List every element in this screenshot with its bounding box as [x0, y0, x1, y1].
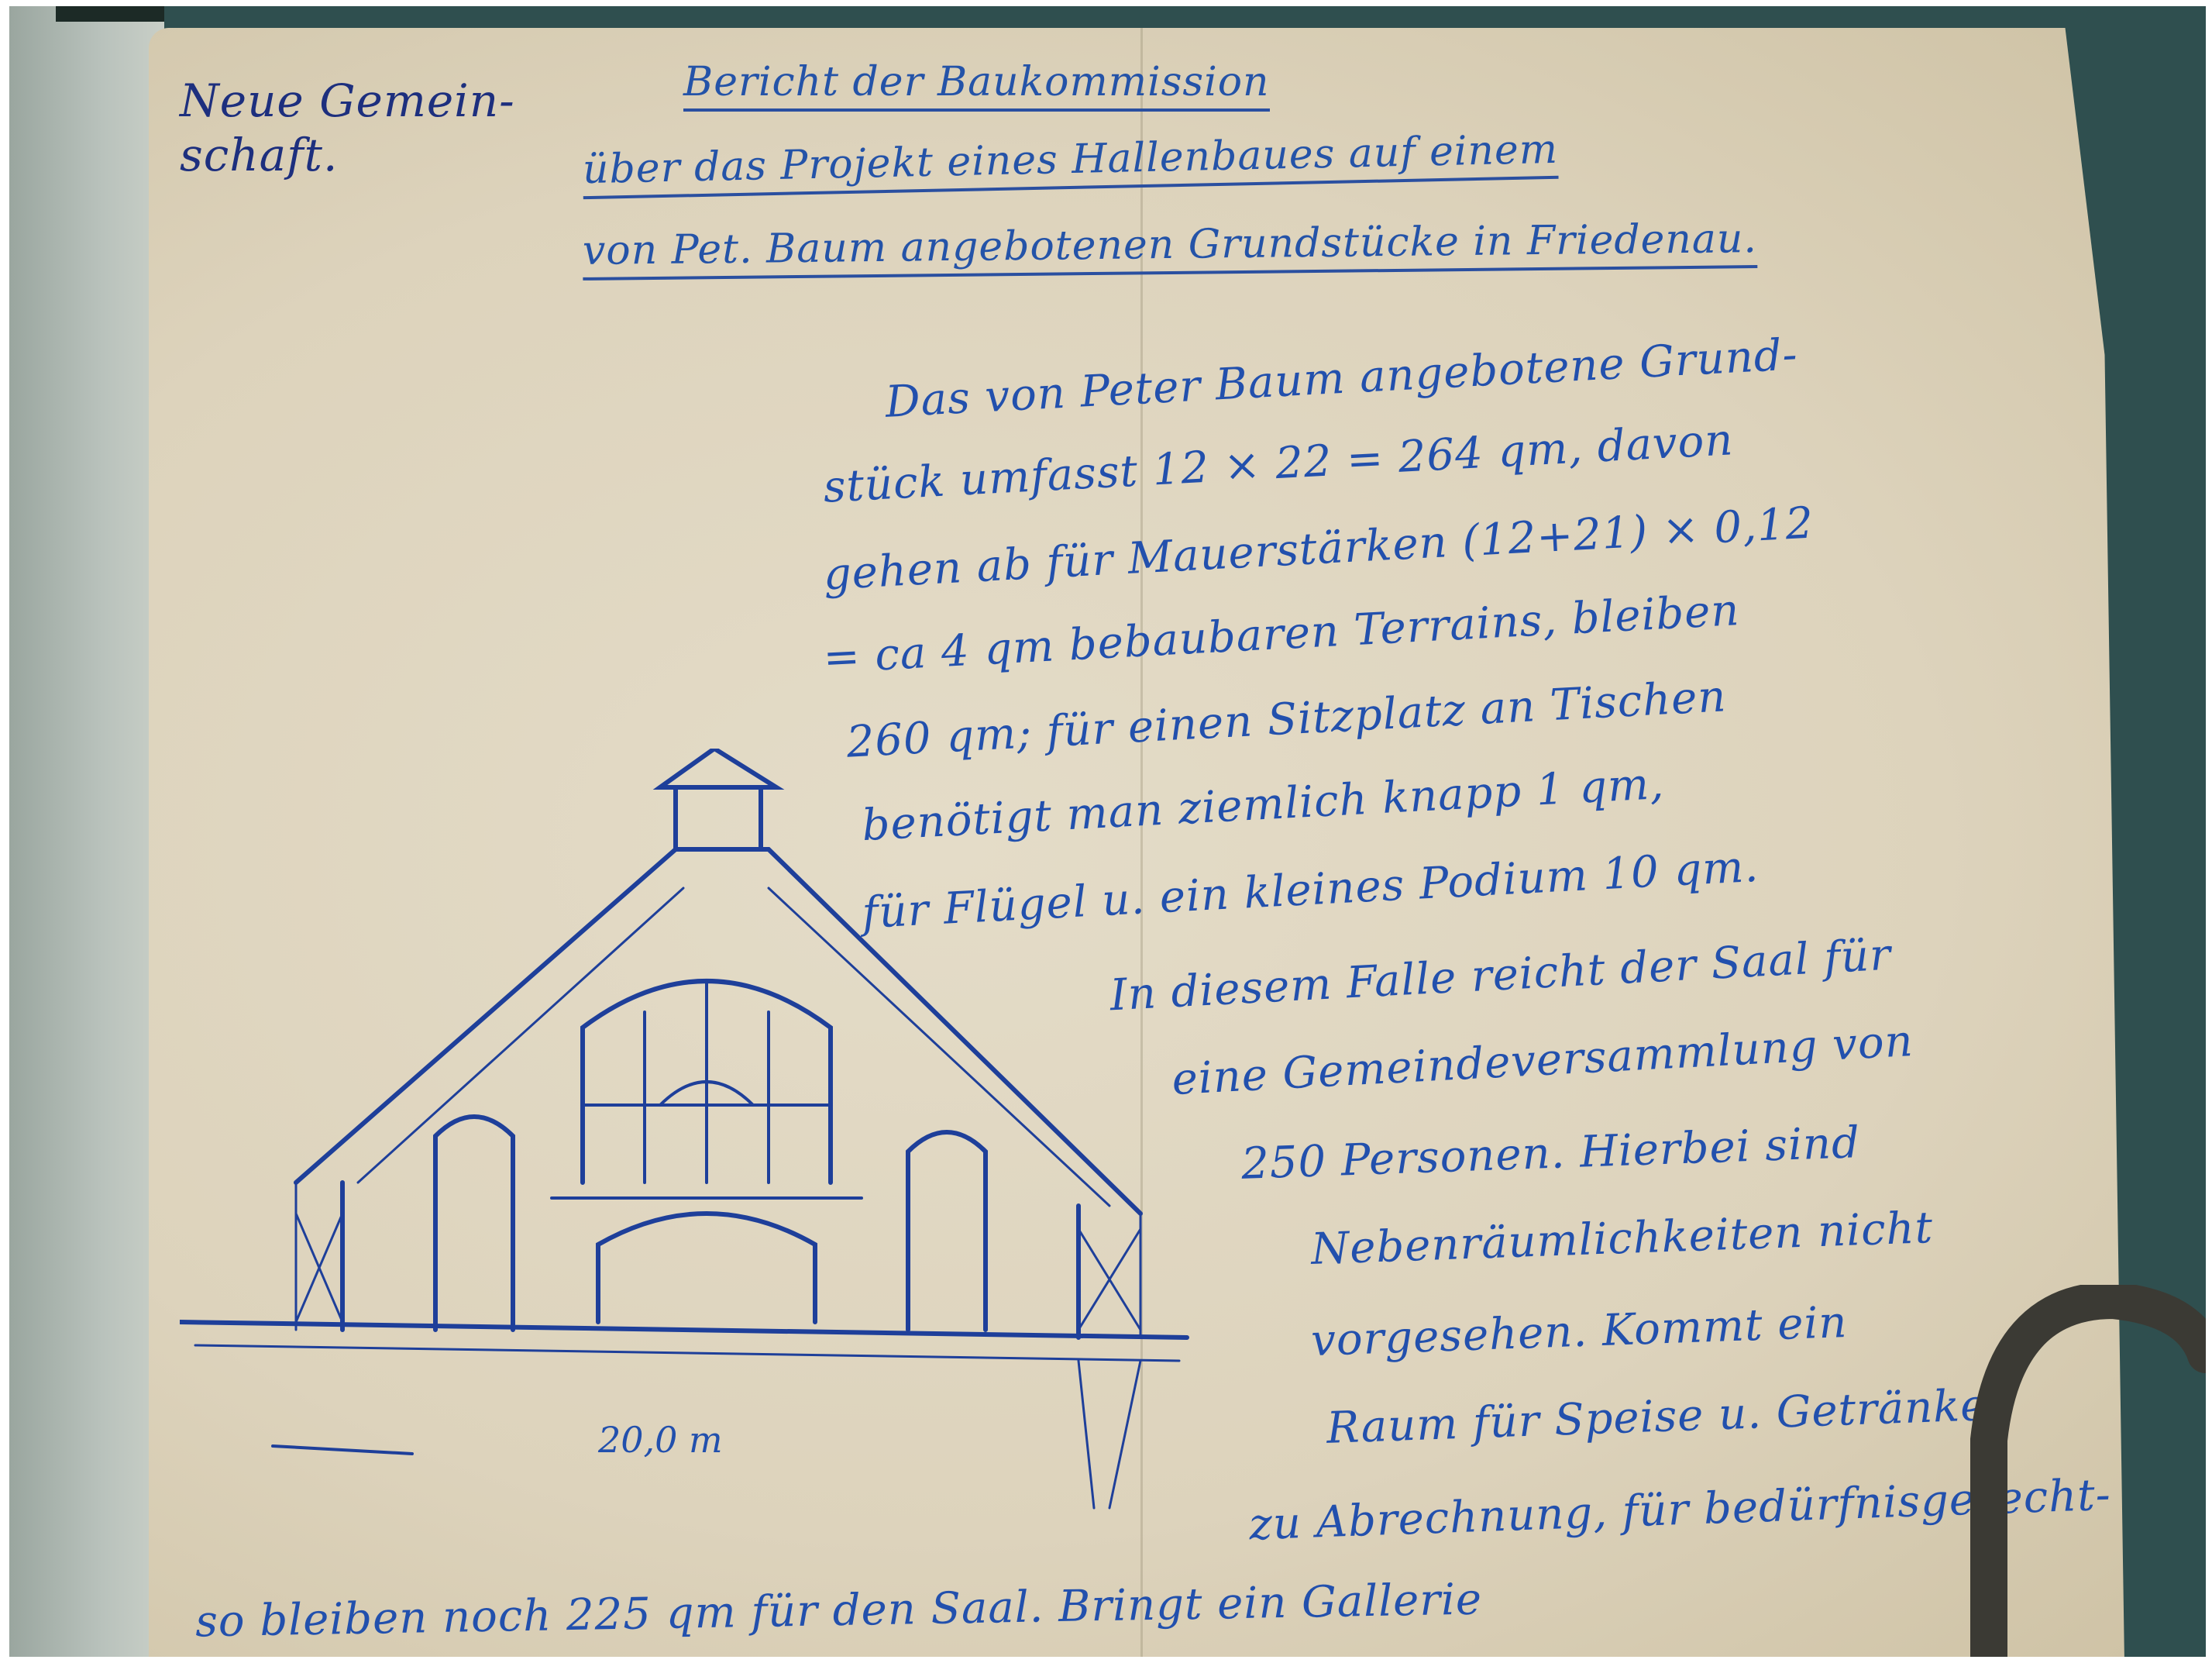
- body-line: Nebenräumlichkeiten nicht: [1310, 1203, 1934, 1275]
- letter-sheet: Neue Gemein- schaft. Bericht der Baukomm…: [149, 28, 2124, 1657]
- body-line: so bleiben noch 225 qm für den Saal. Bri…: [195, 1575, 1483, 1648]
- margin-note-line1: Neue Gemein-: [180, 74, 515, 129]
- binding-shadow: [56, 6, 164, 22]
- body-line: vorgesehen. Kommt ein: [1310, 1297, 1848, 1366]
- margin-note-line2: schaft.: [180, 129, 515, 183]
- sketch-dimension-label: 20,0 m: [598, 1419, 723, 1461]
- heading-line2: über das Projekt eines Hallenbaues auf e…: [582, 126, 1558, 199]
- body-line: gehen ab für Mauerstärken (12+21) × 0,12: [822, 498, 1815, 601]
- body-line: stück umfasst 12 × 22 = 264 qm, davon: [822, 415, 1735, 512]
- hall-cross-section-sketch: [180, 749, 1295, 1524]
- body-line: Raum für Speise u. Getränke: [1326, 1380, 1987, 1454]
- photo-frame: Neue Gemein- schaft. Bericht der Baukomm…: [9, 6, 2206, 1657]
- body-line: 250 Personen. Hierbei sind: [1240, 1117, 1861, 1190]
- body-line: = ca 4 qm bebaubaren Terrains, bleiben: [822, 585, 1741, 683]
- heading-line3: von Pet. Baum angebotenen Grundstücke in…: [583, 215, 1758, 281]
- archive-string: [1958, 1285, 2206, 1657]
- body-line: Das von Peter Baum angebotene Grund-: [884, 329, 1799, 428]
- margin-note: Neue Gemein- schaft.: [180, 74, 515, 182]
- adjacent-page: [9, 6, 164, 1657]
- heading-line1: Bericht der Baukommission: [683, 59, 1270, 112]
